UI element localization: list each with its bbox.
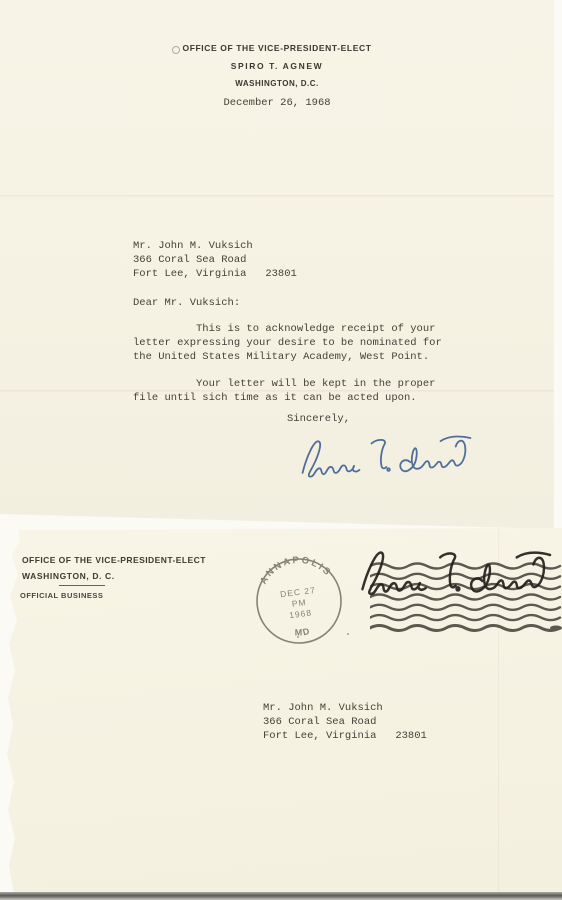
letterhead-city-line: WASHINGTON, D.C. (0, 79, 554, 88)
closing: Sincerely, (287, 412, 350, 426)
corner-card-city-line: WASHINGTON, D. C. (22, 571, 115, 581)
corner-card-rule (59, 585, 105, 586)
recipient-line: Fort Lee, Virginia 23801 (133, 267, 297, 281)
body-line: the United States Military Academy, West… (133, 350, 442, 364)
body-line: file until sich time as it can be acted … (133, 391, 435, 405)
envelope-address-line: 366 Coral Sea Road (263, 715, 427, 729)
letter-paragraph-1: This is to acknowledge receipt of your l… (133, 322, 442, 365)
postmark-date: DEC 27 (280, 585, 317, 599)
body-line: Your letter will be kept in the proper (133, 377, 435, 391)
official-business-line: OFFICIAL BUSINESS (20, 591, 103, 600)
corner-card-office-line: OFFICE OF THE VICE-PRESIDENT-ELECT (22, 555, 206, 565)
envelope: OFFICE OF THE VICE-PRESIDENT-ELECT WASHI… (6, 528, 562, 894)
ink-speck (347, 633, 349, 635)
postmark-year: 1968 (289, 608, 313, 621)
body-line: This is to acknowledge receipt of your (133, 322, 442, 336)
svg-text:ANNAPOLIS: ANNAPOLIS (255, 552, 334, 587)
postmark-meridiem: PM (291, 597, 307, 609)
agnew-signature-blue: Spiro T. Agnew (297, 427, 474, 485)
letter-fold-crease (0, 195, 554, 198)
letterhead-office-line: OFFICE OF THE VICE-PRESIDENT-ELECT (0, 43, 554, 53)
scan-bottom-edge (0, 892, 562, 900)
agnew-frank-signature: Spiro T. Agnew (358, 542, 558, 610)
salutation: Dear Mr. Vuksich: (133, 296, 240, 310)
letter-paragraph-2: Your letter will be kept in the proper f… (133, 377, 435, 405)
letter-date: December 26, 1968 (0, 96, 554, 110)
envelope-address-line: Fort Lee, Virginia 23801 (263, 729, 427, 743)
envelope-address-line: Mr. John M. Vuksich (263, 701, 427, 715)
recipient-address: Mr. John M. Vuksich 366 Coral Sea Road F… (133, 239, 297, 282)
postmark-city: ANNAPOLIS (255, 552, 334, 587)
recipient-line: 366 Coral Sea Road (133, 253, 297, 267)
letter-sheet: OFFICE OF THE VICE-PRESIDENT-ELECT SPIRO… (0, 0, 554, 529)
body-line: letter expressing your desire to be nomi… (133, 336, 442, 350)
ink-speck (297, 636, 299, 638)
recipient-line: Mr. John M. Vuksich (133, 239, 297, 253)
envelope-address: Mr. John M. Vuksich 366 Coral Sea Road F… (263, 701, 427, 744)
letterhead-name-line: SPIRO T. AGNEW (0, 61, 554, 71)
postmark-stamp: ANNAPOLIS DEC 27 PM 1968 MD (249, 552, 349, 652)
